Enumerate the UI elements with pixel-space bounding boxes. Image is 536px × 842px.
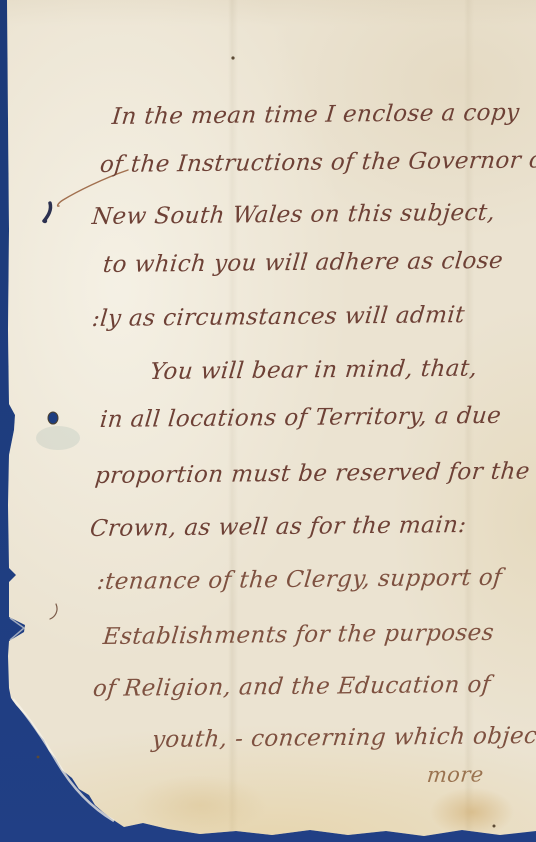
manuscript-line: proportion must be reserved for the <box>93 453 531 494</box>
manuscript-line: youth, - concerning which objects, <box>150 718 536 758</box>
manuscript-line: :tenance of the Clergy, support of <box>95 560 503 600</box>
manuscript-line: to which you will adhere as close <box>101 243 504 283</box>
manuscript-line: :ly as circumstances will admit <box>90 297 466 337</box>
manuscript-line: of Religion, and the Education of <box>91 667 492 707</box>
manuscript-line: You will bear in mind, that, <box>148 351 479 390</box>
manuscript-line: New South Wales on this subject, <box>90 195 497 235</box>
manuscript-line: In the mean time I enclose a copy <box>110 95 521 135</box>
manuscript-text: In the mean time I enclose a copy of the… <box>0 0 536 842</box>
catchword-more: more <box>425 756 485 793</box>
manuscript-line: in all locations of Territory, a due <box>98 398 503 438</box>
document-photo: In the mean time I enclose a copy of the… <box>0 0 536 842</box>
manuscript-line: of the Instructions of the Governor of <box>98 142 536 183</box>
manuscript-line: Establishments for the purposes <box>101 615 495 655</box>
manuscript-line: Crown, as well as for the main: <box>88 507 468 547</box>
